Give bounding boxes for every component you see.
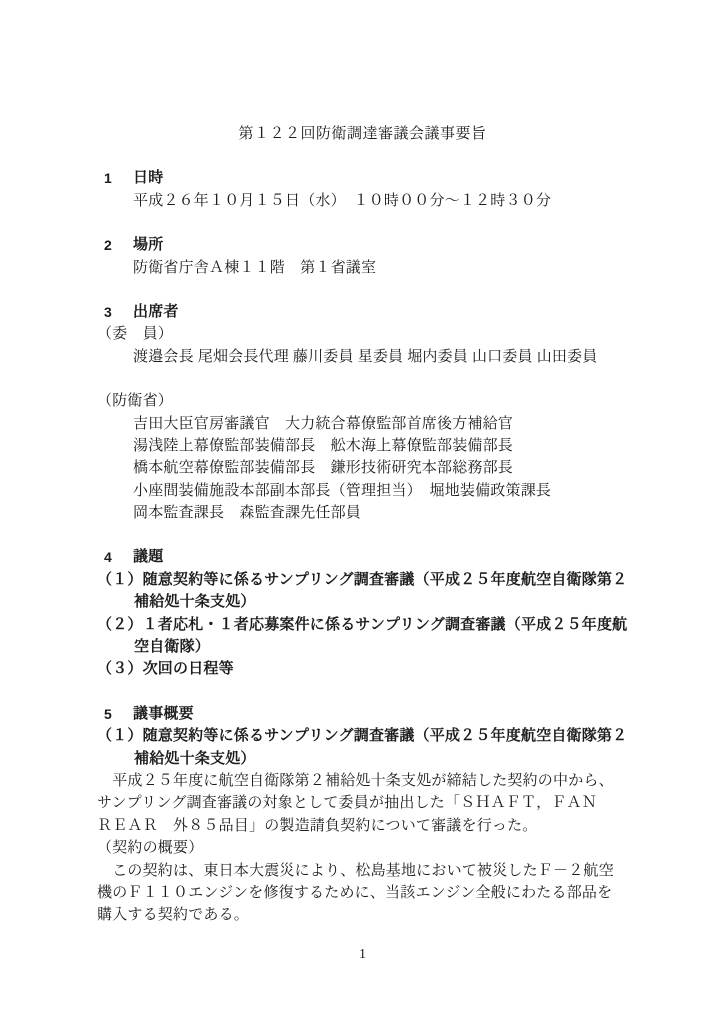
section-number: 2 [97,234,133,256]
agenda-item-2-continuation: 空自衛隊） [134,636,628,658]
section-heading-label: 出席者 [133,301,179,323]
document-page: 第１２２回防衛調達審議会議事要旨 1 日時 平成２６年１０月１５日（水） １０時… [0,0,725,1024]
section-heading: 1 日時 [97,167,628,189]
agenda-item-1-continuation: 補給処十条支処） [134,591,628,613]
section-number: 4 [97,546,133,568]
section-number: 5 [97,703,133,725]
document-title: 第１２２回防衛調達審議会議事要旨 [97,123,628,145]
section-number: 1 [97,167,133,189]
section-heading-label: 議題 [133,546,163,568]
section-agenda: 4 議題 （１）随意契約等に係るサンプリング調査審議（平成２５年度航空自衛隊第２… [97,546,628,680]
mod-attendee-line: 橋本航空幕僚監部装備部長 鎌形技術研究本部総務部長 [133,457,628,479]
summary-item-1-continuation: 補給処十条支処） [134,748,628,770]
mod-attendee-line: 吉田大臣官房審議官 大力統合幕僚監部首席後方補給官 [133,413,628,435]
agenda-item-1: （１）随意契約等に係るサンプリング調査審議（平成２５年度航空自衛隊第２ [97,569,628,591]
summary-paragraph-line: サンプリング調査審議の対象として委員が抽出した「ＳＨＡＦＴ，ＦＡＮ [97,792,628,814]
section-heading: 2 場所 [97,234,628,256]
contract-overview-line: 機のＦ１１０エンジンを修復するために、当該エンジン全般にわたる部品を [97,882,628,904]
agenda-item-3: （３）次回の日程等 [97,658,628,680]
section-location: 2 場所 防衛省庁舎Ａ棟１１階 第１省議室 [97,234,628,279]
contract-overview-label: （契約の概要） [97,837,628,859]
section-attendees: 3 出席者 （委 員） 渡邉会長 尾畑会長代理 藤川委員 星委員 堀内委員 山口… [97,301,628,368]
mod-attendee-line: 湯浅陸上幕僚監部装備部長 舩木海上幕僚監部装備部長 [133,435,628,457]
section-datetime: 1 日時 平成２６年１０月１５日（水） １０時００分～１２時３０分 [97,167,628,212]
page-number: 1 [0,944,725,966]
section-number: 3 [97,301,133,323]
meeting-datetime: 平成２６年１０月１５日（水） １０時００分～１２時３０分 [133,190,628,212]
section-proceedings-summary: 5 議事概要 （１）随意契約等に係るサンプリング調査審議（平成２５年度航空自衛隊… [97,703,628,927]
meeting-location: 防衛省庁舎Ａ棟１１階 第１省議室 [133,257,628,279]
attendee-group-label-mod: （防衛省） [97,390,628,412]
summary-paragraph-line: 平成２５年度に航空自衛隊第２補給処十条支処が締結した契約の中から、 [97,770,628,792]
section-heading: 5 議事概要 [97,703,628,725]
mod-attendee-line: 小座間装備施設本部副本部長（管理担当） 堀地装備政策課長 [133,480,628,502]
committee-members: 渡邉会長 尾畑会長代理 藤川委員 星委員 堀内委員 山口委員 山田委員 [133,346,628,368]
section-heading: 3 出席者 [97,301,628,323]
section-heading-label: 場所 [133,234,163,256]
attendee-group-mod: （防衛省） 吉田大臣官房審議官 大力統合幕僚監部首席後方補給官 湯浅陸上幕僚監部… [97,390,628,524]
section-heading-label: 議事概要 [133,703,194,725]
contract-overview-line: この契約は、東日本大震災により、松島基地において被災したＦ－２航空 [97,860,628,882]
contract-overview-line: 購入する契約である。 [97,904,628,926]
summary-item-1: （１）随意契約等に係るサンプリング調査審議（平成２５年度航空自衛隊第２ [97,725,628,747]
agenda-item-2: （２）１者応札・１者応募案件に係るサンプリング調査審議（平成２５年度航 [97,614,628,636]
attendee-group-label-committee: （委 員） [97,323,628,345]
section-heading-label: 日時 [133,167,163,189]
mod-attendee-line: 岡本監査課長 森監査課先任部員 [133,502,628,524]
section-heading: 4 議題 [97,546,628,568]
summary-paragraph-line: ＲＥＡＲ 外８５品目」の製造請負契約について審議を行った。 [97,815,628,837]
